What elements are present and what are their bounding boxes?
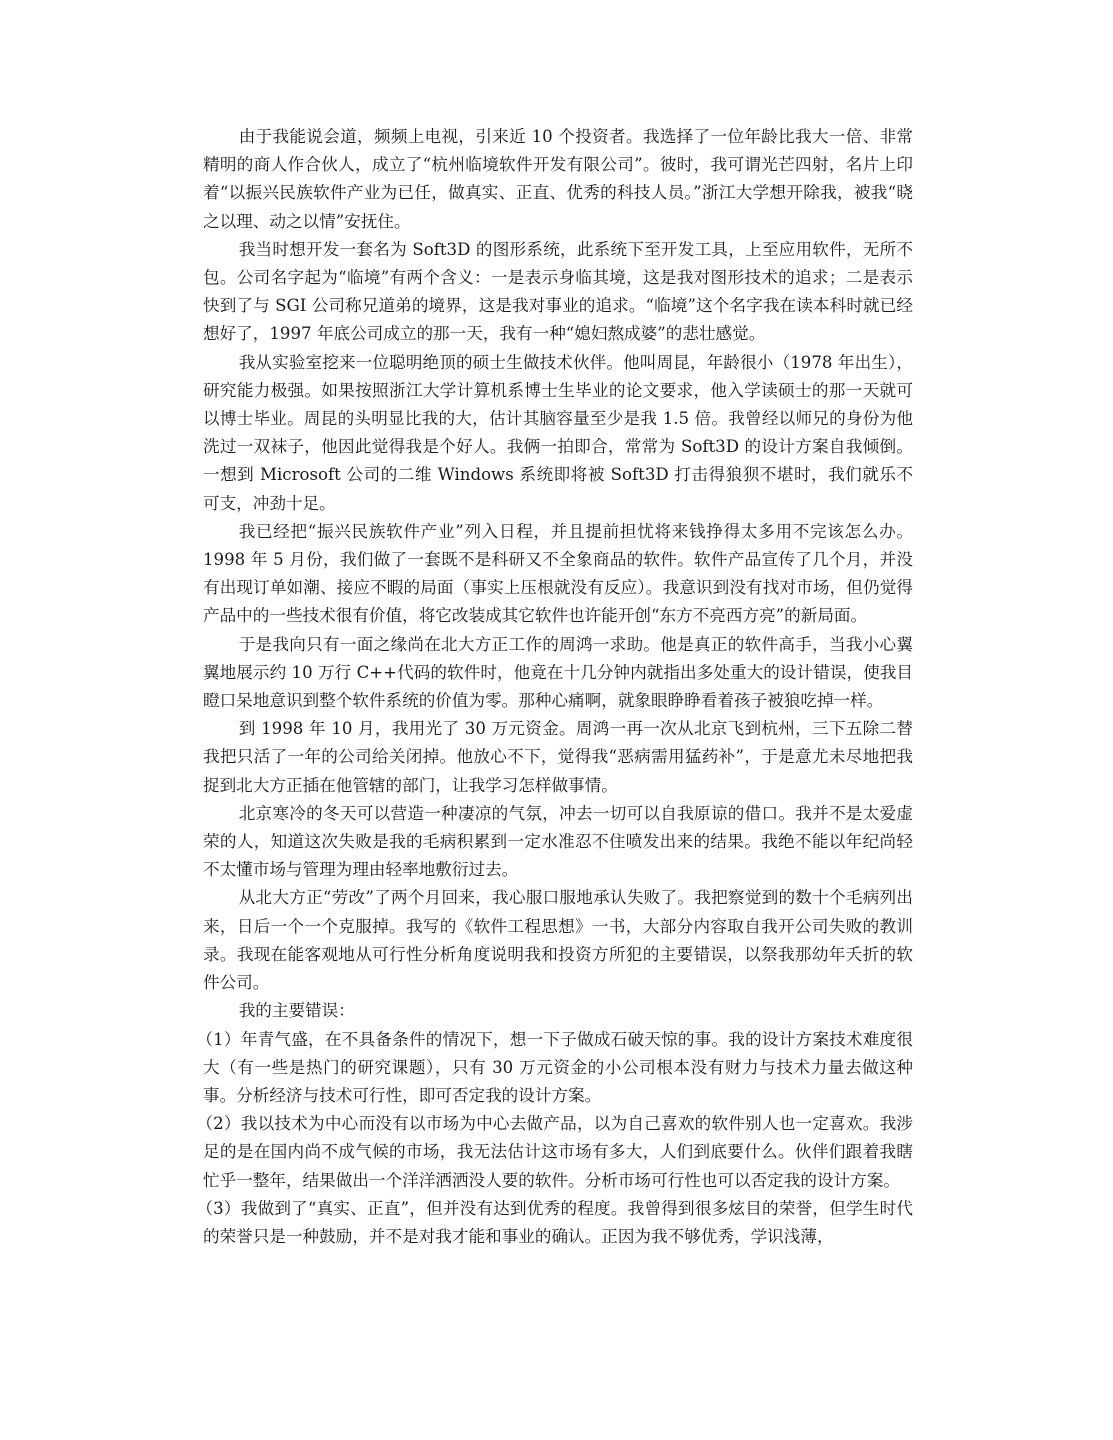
mistakes-heading: 我的主要错误： xyxy=(203,997,913,1025)
mistake-item-1: （1）年青气盛，在不具备条件的情况下，想一下子做成石破天惊的事。我的设计方案技术… xyxy=(203,1026,913,1111)
mistake-item-2: （2）我以技术为中心而没有以市场为中心去做产品，以为自己喜欢的软件别人也一定喜欢… xyxy=(203,1110,913,1195)
document-page: 由于我能说会道，频频上电视，引来近 10 个投资者。我选择了一位年龄比我大一倍、… xyxy=(203,123,913,1251)
paragraph-admit-failure: 从北大方正“劳改”了两个月回来，我心服口服地承认失败了。我把察觉到的数十个毛病列… xyxy=(203,884,913,997)
paragraph-soft3d-plan: 我当时想开发一套名为 Soft3D 的图形系统，此系统下至开发工具，上至应用软件… xyxy=(203,236,913,349)
paragraph-technical-partner: 我从实验室挖来一位聪明绝顶的硕士生做技术伙伴。他叫周昆，年龄很小（1978 年出… xyxy=(203,349,913,518)
paragraph-company-closure: 到 1998 年 10 月，我用光了 30 万元资金。周鸿一再一次从北京飞到杭州… xyxy=(203,715,913,800)
paragraph-investors: 由于我能说会道，频频上电视，引来近 10 个投资者。我选择了一位年龄比我大一倍、… xyxy=(203,123,913,236)
paragraph-design-review: 于是我向只有一面之缘尚在北大方正工作的周鸿一求助。他是真正的软件高手，当我小心翼… xyxy=(203,631,913,716)
paragraph-product-release: 我已经把“振兴民族软件产业”列入日程，并且提前担忧将来钱挣得太多用不完该怎么办。… xyxy=(203,518,913,631)
paragraph-beijing-winter: 北京寒冷的冬天可以营造一种凄凉的气氛，冲去一切可以自我原谅的借口。我并不是太爱虚… xyxy=(203,800,913,885)
mistake-item-3: （3）我做到了“真实、正直”，但并没有达到优秀的程度。我曾得到很多炫目的荣誉，但… xyxy=(203,1195,913,1251)
